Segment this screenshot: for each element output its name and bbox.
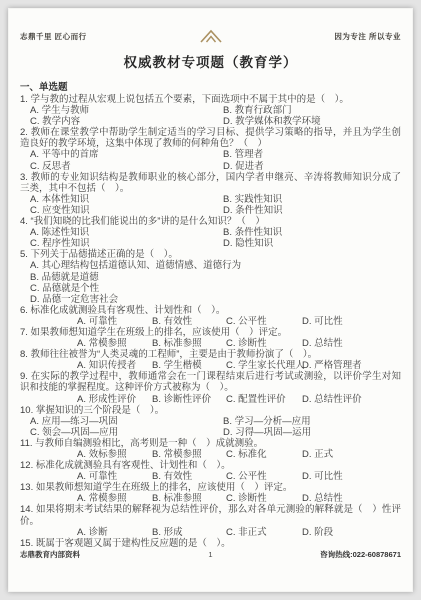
question-10: 10. 掌握知识的三个阶段是（ ）。 A. 应用—练习—巩固 B. 学习—分析—… [20, 405, 401, 438]
option-d: D. 总结性 [302, 493, 401, 504]
option-d: D. 阶段 [302, 527, 401, 538]
option-c: C. 程序性知识 [30, 238, 223, 249]
option-c: C. 诊断性 [226, 493, 302, 504]
option-b: B. 管理者 [223, 149, 401, 160]
question-text: 3. 教师的专业知识结构是教师职业的核心部分，国内学者申继亮、辛涛将教师知识分成… [20, 172, 401, 194]
option-a: A. 知识传授者 [77, 360, 152, 371]
option-c: C. 公平性 [226, 316, 302, 327]
options: A. 本体性知识 B. 实践性知识 C. 应变性知识 D. 条件性知识 [20, 194, 401, 216]
option-d: D. 总结性 [302, 338, 401, 349]
page-title: 权威教材专项题（教育学） [20, 51, 401, 71]
option-b: B. 标准参照 [152, 493, 226, 504]
question-text: 8. 教师往往被誉为“人类灵魂的工程师”，主要是由于教师扮演了（ ）。 [20, 349, 401, 360]
question-2: 2. 教师在课堂教学中帮助学生制定适当的学习目标、提供学习策略的指导，并且为学生… [20, 127, 401, 171]
option-c: C. 配置性评价 [226, 394, 302, 405]
option-d: D. 正式 [302, 449, 401, 460]
options: A. 形成性评价 B. 诊断性评价 C. 配置性评价 D. 总结性评价 [20, 394, 401, 405]
option-d: D. 可比性 [302, 471, 401, 482]
option-d: D. 促进者 [223, 161, 401, 172]
options: A. 知识传授者 B. 学生楷模 C. 学生家长代理人 D. 严格管理者 [20, 360, 401, 371]
option-c: C. 非正式 [226, 527, 302, 538]
question-text: 13. 如果教师想知道学生在班级上的排名，应该使用（ ）评定。 [20, 482, 401, 493]
option-b: B. 教育行政部门 [223, 105, 401, 116]
option-c: C. 教学内容 [30, 116, 223, 127]
option-a: A. 平等中的首席 [30, 149, 223, 160]
question-text: 12. 标准化成就测验具有客观性、计划性和（ ）。 [20, 460, 401, 471]
option-d: D. 品德一定危害社会 [30, 294, 401, 305]
option-d: D. 条件性知识 [223, 205, 401, 216]
question-text: 14. 如果将期末考试结果的解释视为总结性评价，那么对各单元测验的解释就是（ ）… [20, 504, 401, 526]
option-b: B. 实践性知识 [223, 194, 401, 205]
options: A. 平等中的首席 B. 管理者 C. 反思者 D. 促进者 [20, 149, 401, 171]
question-list: 1. 学与教的过程从宏观上说包括五个要素，下面选项中不属于其中的是（ ）。 A.… [20, 94, 401, 549]
option-b: B. 常模参照 [152, 449, 226, 460]
option-a: A. 应用—练习—巩固 [30, 416, 223, 427]
option-d: D. 严格管理者 [302, 360, 401, 371]
options: A. 可靠性 B. 有效性 C. 公平性 D. 可比性 [20, 471, 401, 482]
question-8: 8. 教师往往被誉为“人类灵魂的工程师”，主要是由于教师扮演了（ ）。 A. 知… [20, 349, 401, 371]
question-12: 12. 标准化成就测验具有客观性、计划性和（ ）。 A. 可靠性 B. 有效性 … [20, 460, 401, 482]
option-a: A. 可靠性 [77, 471, 152, 482]
question-3: 3. 教师的专业知识结构是教师职业的核心部分，国内学者申继亮、辛涛将教师知识分成… [20, 172, 401, 216]
question-7: 7. 如果教师想知道学生在班级上的排名，应该使用（ ）评定。 A. 常模参照 B… [20, 327, 401, 349]
options: A. 应用—练习—巩固 B. 学习—分析—应用 C. 领会—巩固—应用 D. 习… [20, 416, 401, 438]
option-b: B. 条件性知识 [223, 227, 401, 238]
options: A. 常模参照 B. 标准参照 C. 诊断性 D. 总结性 [20, 493, 401, 504]
question-text: 4. “我们知晓的比我们能说出的多”讲的是什么知识？（ ） [20, 216, 401, 227]
question-text: 10. 掌握知识的三个阶段是（ ）。 [20, 405, 401, 416]
options: A. 诊断 B. 形成 C. 非正式 D. 阶段 [20, 527, 401, 538]
document-page: 志鼎千里 匠心而行 因为专注 所以专业 权威教材专项题（教育学） 一、单选题 1… [8, 8, 413, 592]
option-a: A. 学生与教师 [30, 105, 223, 116]
question-4: 4. “我们知晓的比我们能说出的多”讲的是什么知识？（ ） A. 陈述性知识 B… [20, 216, 401, 249]
question-text: 7. 如果教师想知道学生在班级上的排名，应该使用（ ）评定。 [20, 327, 401, 338]
option-b: B. 学生楷模 [152, 360, 226, 371]
page-number: 1 [20, 550, 401, 559]
option-b: B. 学习—分析—应用 [223, 416, 401, 427]
question-text: 11. 与教师自编测验相比，高考则是一种（ ）成就测验。 [20, 438, 401, 449]
page-header: 志鼎千里 匠心而行 因为专注 所以专业 [20, 28, 401, 44]
option-b: B. 标准参照 [152, 338, 226, 349]
mountain-logo-icon [197, 28, 225, 44]
option-a: A. 陈述性知识 [30, 227, 223, 238]
option-b: B. 有效性 [152, 316, 226, 327]
options: A. 常模参照 B. 标准参照 C. 诊断性 D. 总结性 [20, 338, 401, 349]
option-c: C. 诊断性 [226, 338, 302, 349]
option-c: C. 标准化 [226, 449, 302, 460]
option-a: A. 形成性评价 [77, 394, 152, 405]
question-text: 2. 教师在课堂教学中帮助学生制定适当的学习目标、提供学习策略的指导，并且为学生… [20, 127, 401, 149]
options: A. 陈述性知识 B. 条件性知识 C. 程序性知识 D. 隐性知识 [20, 227, 401, 249]
option-a: A. 可靠性 [77, 316, 152, 327]
screenshot-root: 志鼎千里 匠心而行 因为专注 所以专业 权威教材专项题（教育学） 一、单选题 1… [0, 0, 421, 600]
option-a: A. 常模参照 [77, 493, 152, 504]
option-d: D. 可比性 [302, 316, 401, 327]
option-c: C. 反思者 [30, 161, 223, 172]
option-a: A. 诊断 [77, 527, 152, 538]
option-b: B. 诊断性评价 [152, 394, 226, 405]
option-c: C. 学生家长代理人 [226, 360, 302, 371]
option-d: D. 习得—巩固—运用 [223, 427, 401, 438]
option-a: A. 效标参照 [77, 449, 152, 460]
question-15: 15. 既属于客观题又属于建构性反应题的是（ ）。 [20, 538, 401, 549]
question-text: 6. 标准化成就测验具有客观性、计划性和（ ）。 [20, 305, 401, 316]
page-footer: 志鼎教育内部资料 1 咨询热线:022-60878671 [20, 549, 401, 560]
option-d: D. 总结性评价 [302, 394, 401, 405]
question-text: 5. 下列关于品德描述正确的是（ ）。 [20, 249, 401, 260]
options: A. 学生与教师 B. 教育行政部门 C. 教学内容 D. 教学媒体和教学环境 [20, 105, 401, 127]
question-text: 1. 学与教的过程从宏观上说包括五个要素，下面选项中不属于其中的是（ ）。 [20, 94, 401, 105]
options: A. 其心理结构包括道德认知、道德情感、道德行为 B. 品德就是道德 C. 品德… [20, 260, 401, 304]
option-b: B. 形成 [152, 527, 226, 538]
option-d: D. 隐性知识 [223, 238, 401, 249]
section-heading: 一、单选题 [20, 79, 401, 93]
options: A. 效标参照 B. 常模参照 C. 标准化 D. 正式 [20, 449, 401, 460]
question-text: 9. 在实际的教学过程中，教师通常会在一门课程结束后进行考试或测验，以评价学生对… [20, 371, 401, 393]
option-a: A. 其心理结构包括道德认知、道德情感、道德行为 [30, 260, 401, 271]
question-5: 5. 下列关于品德描述正确的是（ ）。 A. 其心理结构包括道德认知、道德情感、… [20, 249, 401, 304]
question-11: 11. 与教师自编测验相比，高考则是一种（ ）成就测验。 A. 效标参照 B. … [20, 438, 401, 460]
header-right-slogan: 因为专注 所以专业 [334, 31, 401, 42]
option-a: A. 常模参照 [77, 338, 152, 349]
question-9: 9. 在实际的教学过程中，教师通常会在一门课程结束后进行考试或测验，以评价学生对… [20, 371, 401, 404]
question-1: 1. 学与教的过程从宏观上说包括五个要素，下面选项中不属于其中的是（ ）。 A.… [20, 94, 401, 127]
header-left-slogan: 志鼎千里 匠心而行 [20, 31, 87, 42]
option-b: B. 有效性 [152, 471, 226, 482]
option-c: C. 领会—巩固—应用 [30, 427, 223, 438]
option-c: C. 公平性 [226, 471, 302, 482]
question-text: 15. 既属于客观题又属于建构性反应题的是（ ）。 [20, 538, 401, 549]
option-d: D. 教学媒体和教学环境 [223, 116, 401, 127]
option-c: C. 品德就是个性 [30, 283, 401, 294]
question-14: 14. 如果将期末考试结果的解释视为总结性评价，那么对各单元测验的解释就是（ ）… [20, 504, 401, 537]
question-13: 13. 如果教师想知道学生在班级上的排名，应该使用（ ）评定。 A. 常模参照 … [20, 482, 401, 504]
options: A. 可靠性 B. 有效性 C. 公平性 D. 可比性 [20, 316, 401, 327]
option-c: C. 应变性知识 [30, 205, 223, 216]
option-a: A. 本体性知识 [30, 194, 223, 205]
option-b: B. 品德就是道德 [30, 272, 401, 283]
question-6: 6. 标准化成就测验具有客观性、计划性和（ ）。 A. 可靠性 B. 有效性 C… [20, 305, 401, 327]
